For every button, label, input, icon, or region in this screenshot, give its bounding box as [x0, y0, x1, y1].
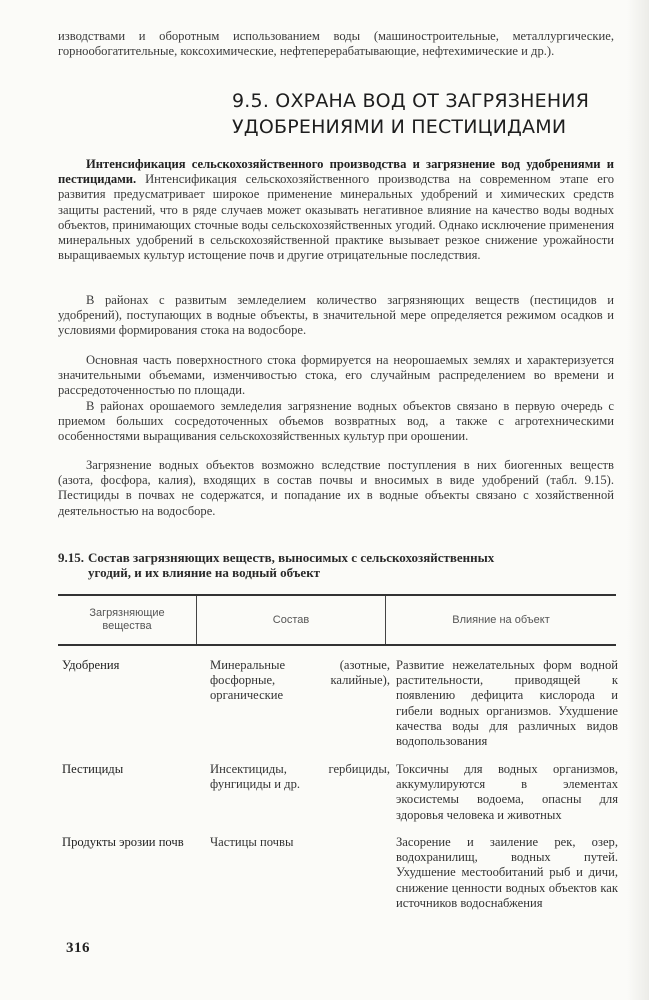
paragraph-3: Основная часть поверхностного стока форм… [58, 353, 614, 399]
paragraph-1-text: Интенсификация сельскохозяйственного про… [58, 172, 614, 262]
cell-pollutant: Продукты эрозии почв [62, 835, 202, 850]
table-caption-line1: Состав загрязняющих веществ, выносимых с… [88, 550, 494, 565]
paragraph-5: Загрязнение водных объектов возможно всл… [58, 458, 614, 519]
page-edge-shadow [627, 0, 649, 1000]
paragraph-1: Интенсификация сельскохозяйственного про… [58, 157, 614, 263]
paragraph-2: В районах с развитым земледелием количес… [58, 293, 614, 339]
cell-pollutant: Пестициды [62, 762, 202, 777]
header-composition: Состав [197, 596, 386, 644]
pollutants-table: Загрязняющие вещества Состав Влияние на … [58, 594, 616, 646]
page-number: 316 [66, 940, 90, 957]
cell-impact: Токсичны для водных организмов, аккумули… [396, 762, 618, 823]
table-number: 9.15. [58, 550, 88, 565]
book-page: изводствами и оборотным использованием в… [0, 0, 649, 1000]
section-heading-line2: УДОБРЕНИЯМИ И ПЕСТИЦИДАМИ [232, 114, 589, 140]
table-caption-line2: угодий, и их влияние на водный объект [58, 565, 618, 580]
section-heading-line1: 9.5. ОХРАНА ВОД ОТ ЗАГРЯЗНЕНИЯ [232, 88, 589, 114]
cell-composition: Инсектициды, гербициды, фунгициды и др. [210, 762, 390, 792]
cell-composition: Минеральные (азотные, фосфорные, калийны… [210, 658, 390, 704]
table-header: Загрязняющие вещества Состав Влияние на … [58, 594, 616, 646]
header-impact: Влияние на объект [386, 596, 616, 644]
cell-pollutant: Удобрения [62, 658, 202, 673]
paragraph-4: В районах орошаемого земледелия загрязне… [58, 399, 614, 445]
cell-composition: Частицы почвы [210, 835, 390, 850]
header-pollutants: Загрязняющие вещества [58, 596, 197, 644]
intro-paragraph: изводствами и оборотным использованием в… [58, 29, 614, 59]
table-caption: 9.15.Состав загрязняющих веществ, выноси… [58, 550, 618, 580]
cell-impact: Засорение и заиление рек, озер, водохран… [396, 835, 618, 911]
section-heading: 9.5. ОХРАНА ВОД ОТ ЗАГРЯЗНЕНИЯ УДОБРЕНИЯ… [232, 88, 589, 140]
cell-impact: Развитие нежелательных форм водной расти… [396, 658, 618, 749]
